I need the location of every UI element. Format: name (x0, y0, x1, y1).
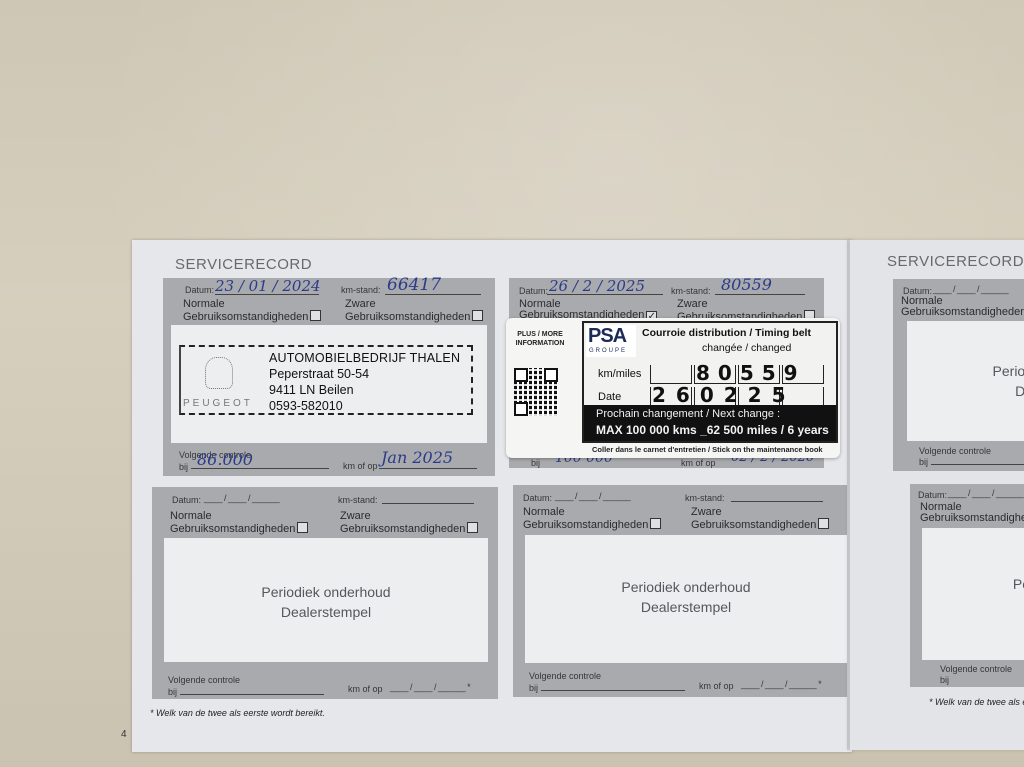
stamp-line-2: Dealerstempel (164, 602, 488, 622)
datum-blank[interactable]: ____ / ____ / ______ (555, 491, 630, 501)
stamp-placeholder-partial: Pe (922, 574, 1024, 594)
km-of-op-label: km of op (681, 458, 716, 468)
datum-value[interactable]: 26 / 2 / 2025 (549, 277, 645, 295)
belt-title: Courroie distribution / Timing belt (642, 327, 811, 339)
datum-label: Datum: (523, 493, 552, 503)
volgende-label: Volgende controle (940, 664, 1012, 674)
km-cells: 80559 (650, 365, 826, 384)
footnote: * Welk van de twee als eerste wordt bere… (150, 708, 325, 718)
next-km-line (191, 468, 329, 469)
more-info-label: PLUS / MORE INFORMATION (512, 330, 568, 348)
date-label: Date (598, 391, 621, 403)
km-stand-label: km-stand: (671, 286, 711, 296)
next-date-blank[interactable]: ____ / ____ / ______ * (390, 682, 470, 692)
next-km-value[interactable]: 86.000 (197, 450, 253, 469)
normale-label: Normale (183, 299, 225, 310)
stamp-line-1: Periodiek onderhoud (164, 582, 488, 602)
zware-label: Zware (345, 299, 376, 310)
km-of-op-label: km of op (343, 461, 378, 471)
zware-label-2: Gebruiksomstandigheden (345, 310, 483, 323)
normale-label: Normale (170, 511, 212, 522)
km-of-op-label: km of op (699, 681, 734, 691)
stamp-line-2: Dealerstempel (525, 597, 847, 617)
right-footnote: * Welk van de twee als e (929, 697, 1024, 707)
normale-label-2: Gebruiksomstandigheden (183, 310, 321, 323)
bij-label: bij (919, 457, 928, 467)
km-stand-value[interactable]: 80559 (721, 275, 772, 294)
normale-checkbox[interactable] (650, 518, 661, 529)
stamp-area: Periodiek onderhoud Dealerstempel (164, 538, 488, 662)
timing-belt-sticker: PLUS / MORE INFORMATION PSA GROUPE Courr… (506, 318, 840, 458)
date-value[interactable]: 260225 (652, 383, 796, 407)
normale-label-2: Gebruiksomstandigheden (901, 307, 1024, 318)
peugeot-lion-icon (205, 357, 233, 389)
datum-label: Datum: (172, 495, 201, 505)
normale-text: Gebruiksomstandigheden (523, 519, 648, 531)
qr-code-icon[interactable] (514, 368, 558, 416)
datum-label: Datum: (519, 286, 548, 296)
stamp-street: Peperstraat 50-54 (269, 367, 369, 381)
next-date-blank[interactable]: ____ / ____ / ______ * (741, 679, 821, 689)
next-change-band: Prochain changement / Next change : MAX … (584, 405, 836, 441)
km-stand-line (715, 294, 805, 295)
sticker-footer: Coller dans le carnet d'entretien / Stic… (592, 445, 823, 454)
psa-logo-sub: GROUPE (589, 348, 627, 354)
km-stand-label: km-stand: (685, 493, 725, 503)
next-date-value[interactable]: Jan 2025 (381, 448, 453, 467)
zware-label: Zware (691, 507, 722, 518)
next-km-line[interactable] (931, 464, 1024, 465)
belt-info-box: PSA GROUPE Courroie distribution / Timin… (582, 321, 838, 443)
right-service-record-2: Datum: ____ / ____ / ______ Normale Gebr… (910, 484, 1024, 687)
km-stand-label: km-stand: (338, 495, 378, 505)
zware-checkbox[interactable] (472, 310, 483, 321)
belt-subtitle: changée / changed (702, 342, 791, 354)
km-stand-line[interactable] (731, 501, 823, 502)
stamp-line-1: Period (907, 361, 1024, 381)
zware-label: Zware (677, 299, 708, 310)
datum-label: Datum: (185, 285, 214, 295)
normale-text: Gebruiksomstandigheden (183, 311, 308, 323)
normale-text: Gebruiksomstandigheden (170, 523, 295, 535)
km-stand-label: km-stand: (341, 285, 381, 295)
stamp-line-1: Periodiek onderhoud (525, 577, 847, 597)
volgende-label: Volgende controle (529, 671, 601, 681)
bij-label: bij (529, 683, 538, 693)
date-cells: 260225 (650, 387, 826, 406)
next-km-line[interactable] (541, 690, 685, 691)
zware-label-2: Gebruiksomstandigheden (691, 518, 829, 531)
datum-label: Datum: (918, 490, 947, 500)
page-number: 4 (121, 729, 127, 740)
normale-checkbox[interactable] (297, 522, 308, 533)
normale-checkbox[interactable] (310, 310, 321, 321)
datum-blank[interactable]: ____ / ____ / ______ (948, 488, 1023, 498)
stamp-placeholder: Periodiek onderhoud Dealerstempel (164, 582, 488, 622)
km-of-op-label: km of op (348, 684, 383, 694)
right-page-title: SERVICERECORD (887, 253, 1024, 270)
next-date-line (379, 468, 477, 469)
stamp-area: Period De (907, 321, 1024, 441)
km-stand-line (385, 294, 481, 295)
datum-blank[interactable]: ____ / ____ / ______ (204, 493, 279, 503)
zware-text: Gebruiksomstandigheden (340, 523, 465, 535)
stamp-dealer-name: AUTOMOBIELBEDRIJF THALEN (269, 351, 460, 365)
bij-label: bij (168, 687, 177, 697)
bij-label: bij (940, 675, 949, 685)
datum-blank[interactable]: ____ / ____ / ______ (933, 284, 1008, 294)
stamp-area: Periodiek onderhoud Dealerstempel (525, 535, 847, 663)
datum-line (547, 294, 663, 295)
datum-value[interactable]: 23 / 01 / 2024 (215, 277, 321, 295)
zware-text: Gebruiksomstandigheden (345, 311, 470, 323)
psa-logo-text: PSA (588, 325, 626, 348)
volgende-label: Volgende controle (919, 446, 991, 456)
km-stand-line[interactable] (382, 503, 474, 504)
psa-logo: PSA GROUPE (586, 325, 636, 357)
zware-checkbox[interactable] (818, 518, 829, 529)
stamp-phone: 0593-582010 (269, 399, 343, 413)
zware-checkbox[interactable] (467, 522, 478, 533)
dealer-stamp: PEUGEOT AUTOMOBIELBEDRIJF THALEN Peperst… (179, 345, 473, 415)
stamp-placeholder-partial: Period De (907, 361, 1024, 401)
service-record-4: Datum: ____ / ____ / ______ km-stand: No… (513, 485, 858, 697)
stamp-area: Pe (922, 528, 1024, 660)
stamp-line-2: De (907, 381, 1024, 401)
bij-label: bij (179, 462, 188, 472)
next-km-line[interactable] (180, 694, 324, 695)
service-record-3: Datum: ____ / ____ / ______ km-stand: No… (152, 487, 498, 699)
stamp-placeholder: Periodiek onderhoud Dealerstempel (525, 577, 847, 617)
normale-label-2: Gebruiksomstandigheden (170, 522, 308, 535)
normale-label-2: Gebruiksomstandigheden (523, 518, 661, 531)
km-stand-value[interactable]: 66417 (387, 275, 441, 295)
right-service-record-1: Datum: ____ / ____ / ______ Normale Gebr… (893, 279, 1024, 471)
next-change-label: Prochain changement / Next change : (596, 408, 780, 420)
normale-label-2: Gebruiksomstandigheden (920, 513, 1024, 524)
normale-label: Normale (523, 507, 565, 518)
km-miles-value[interactable]: 80559 (696, 361, 806, 385)
volgende-label: Volgende controle (168, 675, 240, 685)
bij-label: bij (531, 458, 540, 468)
page-title: SERVICERECORD (175, 256, 312, 273)
zware-label-2: Gebruiksomstandigheden (340, 522, 478, 535)
zware-text: Gebruiksomstandigheden (691, 519, 816, 531)
stamp-city: 9411 LN Beilen (269, 383, 354, 397)
stamp-brand: PEUGEOT (183, 398, 253, 409)
km-miles-label: km/miles (598, 368, 641, 380)
datum-line (215, 294, 319, 295)
next-change-value: MAX 100 000 kms _62 500 miles / 6 years (596, 423, 829, 437)
zware-label: Zware (340, 511, 371, 522)
